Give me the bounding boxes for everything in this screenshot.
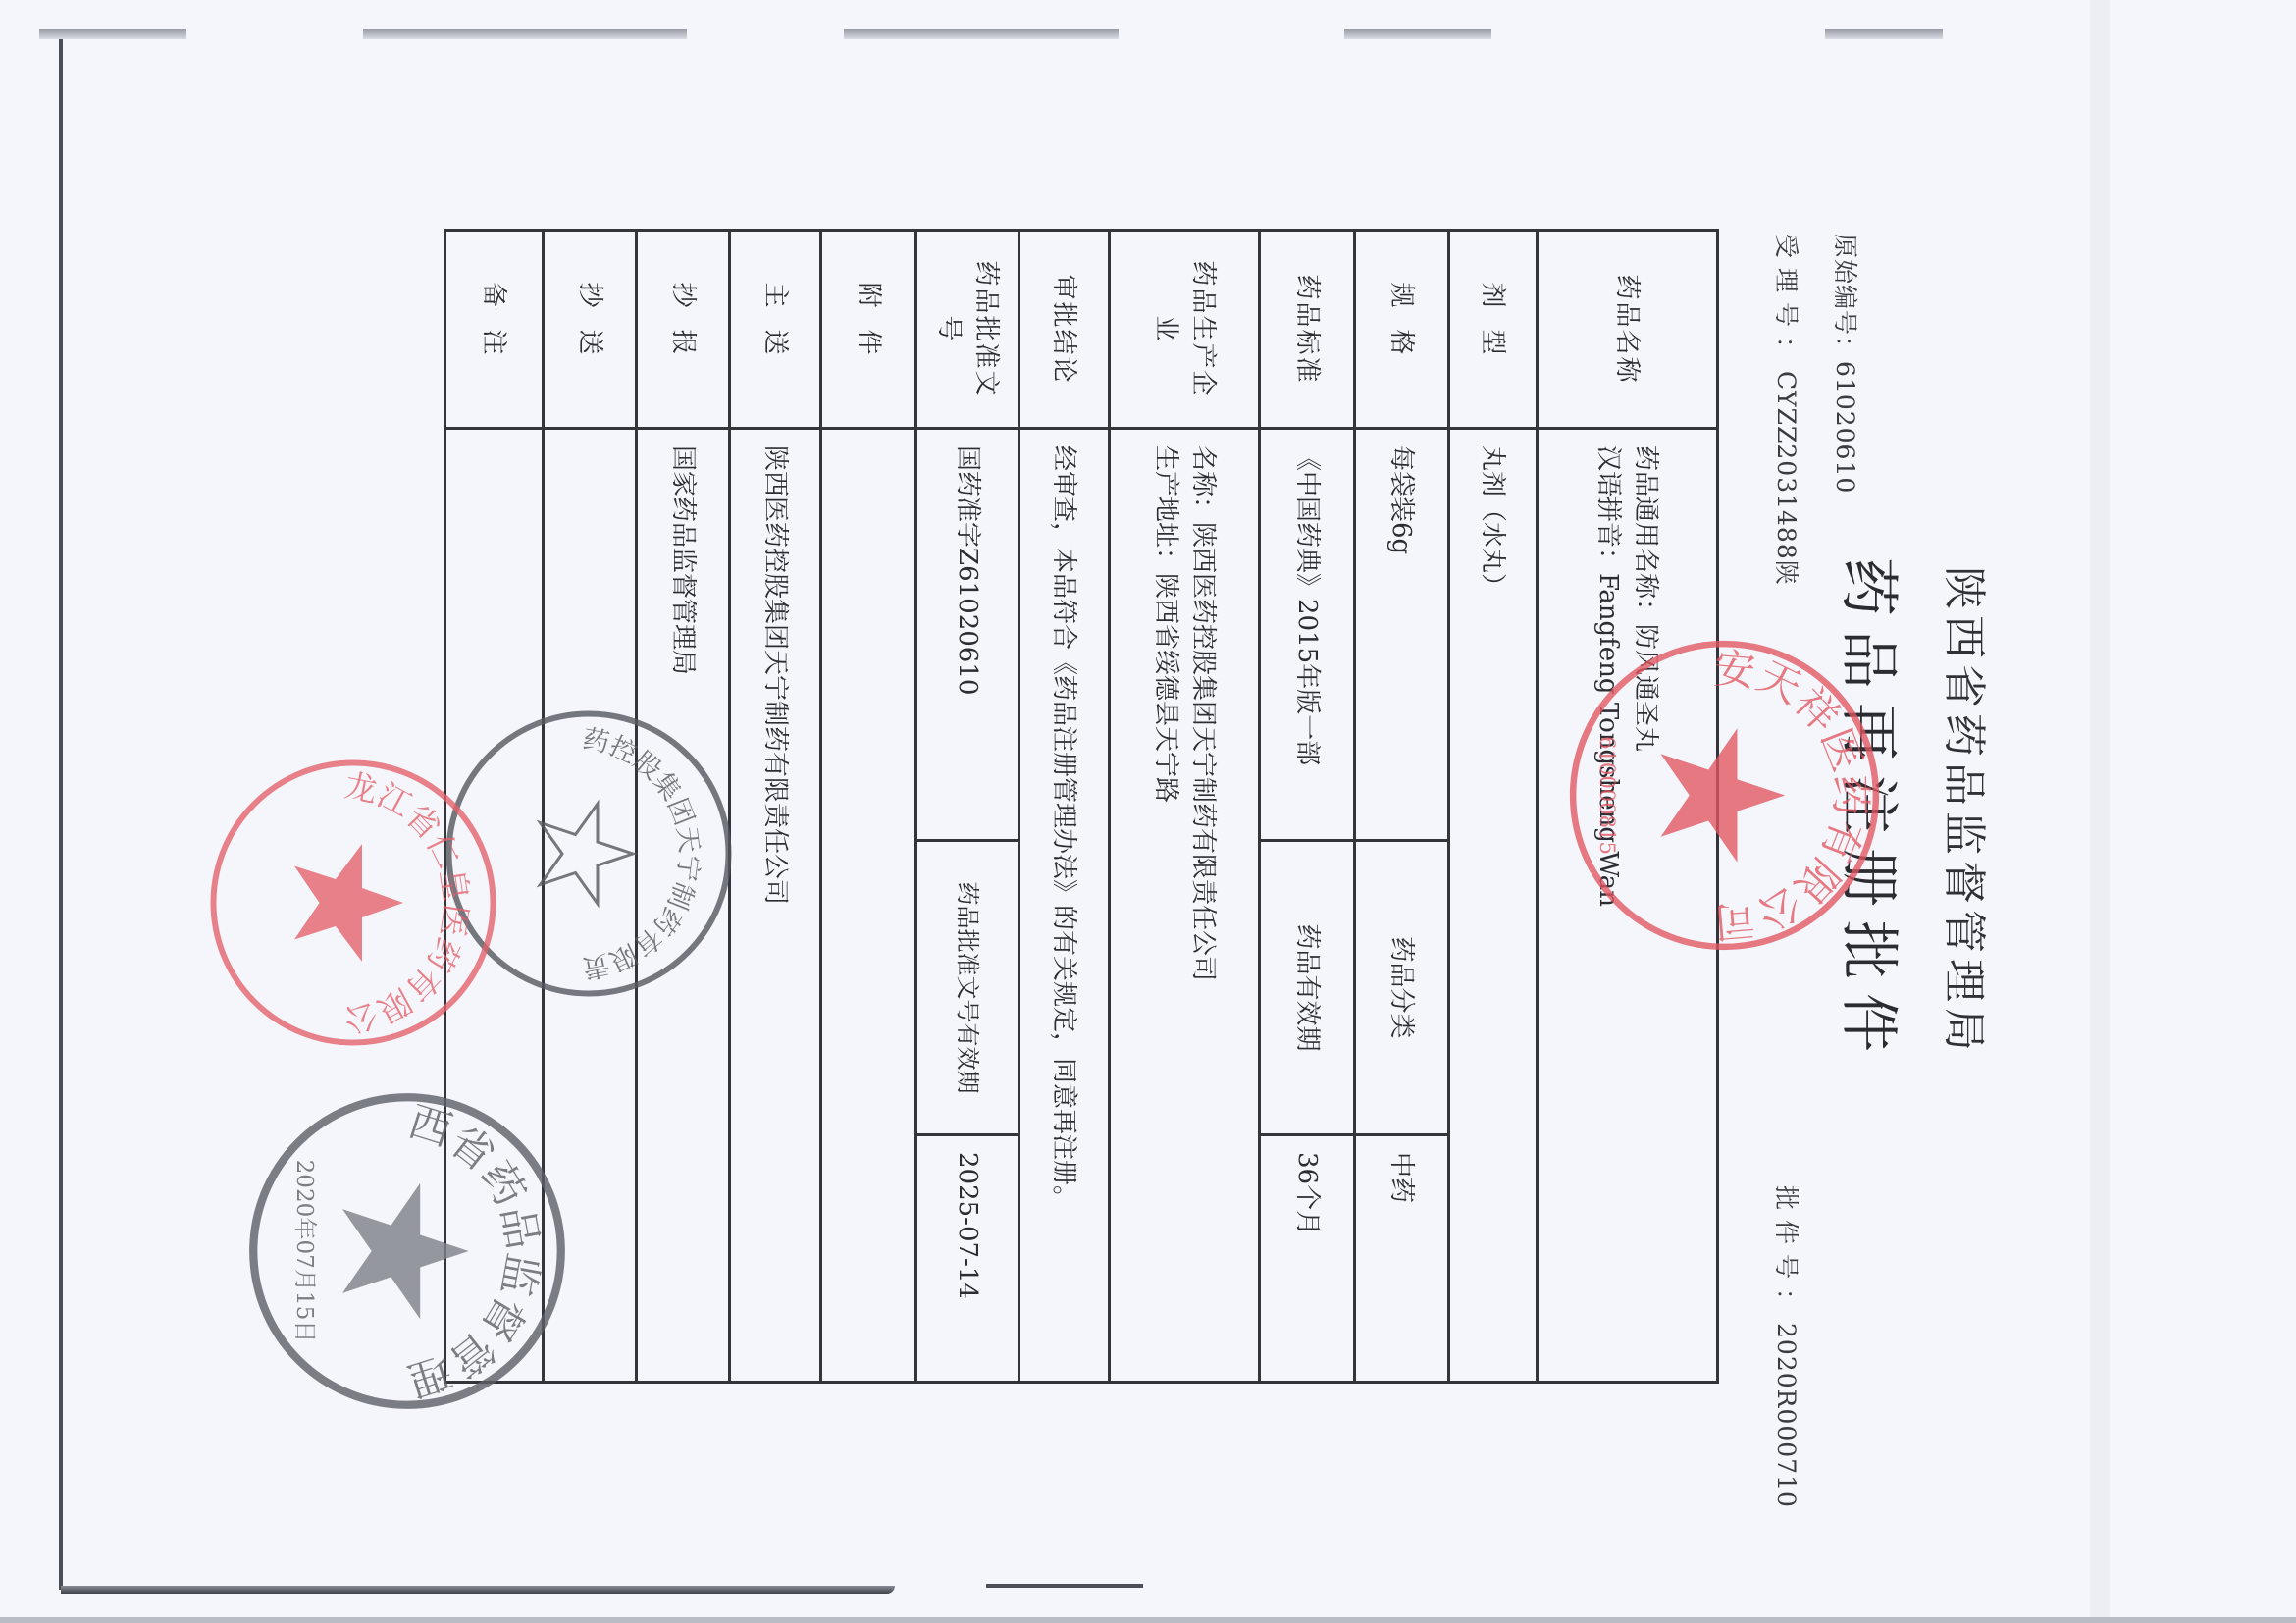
row-value: 《中国药典》2015年版一部 <box>1260 429 1355 841</box>
row-value: 名称：陕西医药控股集团天宁制药有限责任公司 生产地址：陕西省绥德县天宁路 <box>1110 429 1260 1383</box>
row-value: 经审查，本品符合《药品注册管理办法》的有关规定，同意再注册。 <box>1019 429 1110 1383</box>
table-row: 规格 每袋装6g 药品分类 中药 <box>1355 231 1449 1383</box>
manufacturer-address: 生产地址：陕西省绥德县天宁路 <box>1147 445 1184 1365</box>
acceptance-value: CYZZ2031488陕 <box>1772 371 1800 586</box>
acceptance-number: 受理号：CYZZ2031488陕 <box>1770 234 1805 586</box>
row-label: 药品生产企业 <box>1110 231 1260 429</box>
row-value: 每袋装6g <box>1355 429 1449 841</box>
svg-text:610000815: 610000815 <box>1595 736 1620 855</box>
original-id-label: 原始编号： <box>1831 234 1859 361</box>
table-row: 药品标准 《中国药典》2015年版一部 药品有效期 36个月 <box>1260 231 1355 1383</box>
approval-document: 陕西省药品监督管理局 药品再注册批件 原始编号：61020610 受理号：CYZ… <box>0 0 2296 1623</box>
row-label-secondary: 药品分类 <box>1355 841 1449 1135</box>
agency-seal-shaanxi-fda: 陕西省药品监督管理局 2020年07月15日 <box>245 1089 569 1413</box>
table-row: 主送 陕西医药控股集团天宁制药有限责任公司 <box>730 231 821 1383</box>
acceptance-label: 受理号： <box>1772 234 1800 371</box>
row-label: 药品名称 <box>1538 231 1718 429</box>
row-label-secondary: 药品有效期 <box>1260 841 1355 1135</box>
approval-number: 批件号：2020R000710 <box>1770 1185 1805 1508</box>
row-label: 抄送 <box>544 231 637 429</box>
row-value <box>821 429 916 1383</box>
approval-label: 批件号： <box>1772 1185 1800 1323</box>
star-icon <box>294 844 403 962</box>
seal-graphic: 黑龙江省仁皇医药有限公司 <box>206 756 500 1050</box>
row-label: 抄报 <box>637 231 730 429</box>
row-value-secondary: 36个月 <box>1260 1135 1355 1383</box>
row-value: 陕西医药控股集团天宁制药有限责任公司 <box>730 429 821 1383</box>
star-icon <box>541 804 634 904</box>
company-seal-tianyang: 安天祥医药有限公司 610000815 <box>1565 636 1884 955</box>
row-label: 药品标准 <box>1260 231 1355 429</box>
row-label: 药品批准文号 <box>916 231 1019 429</box>
issuing-agency: 陕西省药品监督管理局 <box>1937 0 2000 1623</box>
table-row: 药品生产企业 名称：陕西医药控股集团天宁制药有限责任公司 生产地址：陕西省绥德县… <box>1110 231 1260 1383</box>
row-value-secondary: 中药 <box>1355 1135 1449 1383</box>
row-label: 附件 <box>821 231 916 429</box>
row-label: 主送 <box>730 231 821 429</box>
row-label: 审批结论 <box>1019 231 1110 429</box>
row-label: 备注 <box>445 231 544 429</box>
seal-graphic: 安天祥医药有限公司 610000815 <box>1565 636 1884 955</box>
company-seal-renhuang: 黑龙江省仁皇医药有限公司 <box>206 756 500 1050</box>
seal-graphic: 陕西省药品监督管理局 2020年07月15日 <box>245 1089 569 1413</box>
row-label: 规格 <box>1355 231 1449 429</box>
original-id: 原始编号：61020610 <box>1829 234 1864 494</box>
star-icon <box>1661 728 1786 863</box>
table-row: 审批结论 经审查，本品符合《药品注册管理办法》的有关规定，同意再注册。 <box>1019 231 1110 1383</box>
row-label: 剂型 <box>1449 231 1538 429</box>
table-row: 附件 <box>821 231 916 1383</box>
manufacturer-name: 名称：陕西医药控股集团天宁制药有限责任公司 <box>1184 445 1222 1365</box>
row-label-secondary: 药品批准文号有效期 <box>916 841 1019 1135</box>
row-value-secondary: 2025-07-14 <box>916 1135 1019 1383</box>
table-row: 药品批准文号 国药准字Z61020610 药品批准文号有效期 2025-07-1… <box>916 231 1019 1383</box>
star-icon <box>342 1183 469 1320</box>
row-value: 丸剂（水丸） <box>1449 429 1538 1383</box>
svg-text:2020年07月15日: 2020年07月15日 <box>291 1160 317 1343</box>
row-value: 国药准字Z61020610 <box>916 429 1019 841</box>
original-id-value: 61020610 <box>1831 361 1859 494</box>
approval-value: 2020R000710 <box>1772 1323 1800 1508</box>
table-row: 剂型 丸剂（水丸） <box>1449 231 1538 1383</box>
